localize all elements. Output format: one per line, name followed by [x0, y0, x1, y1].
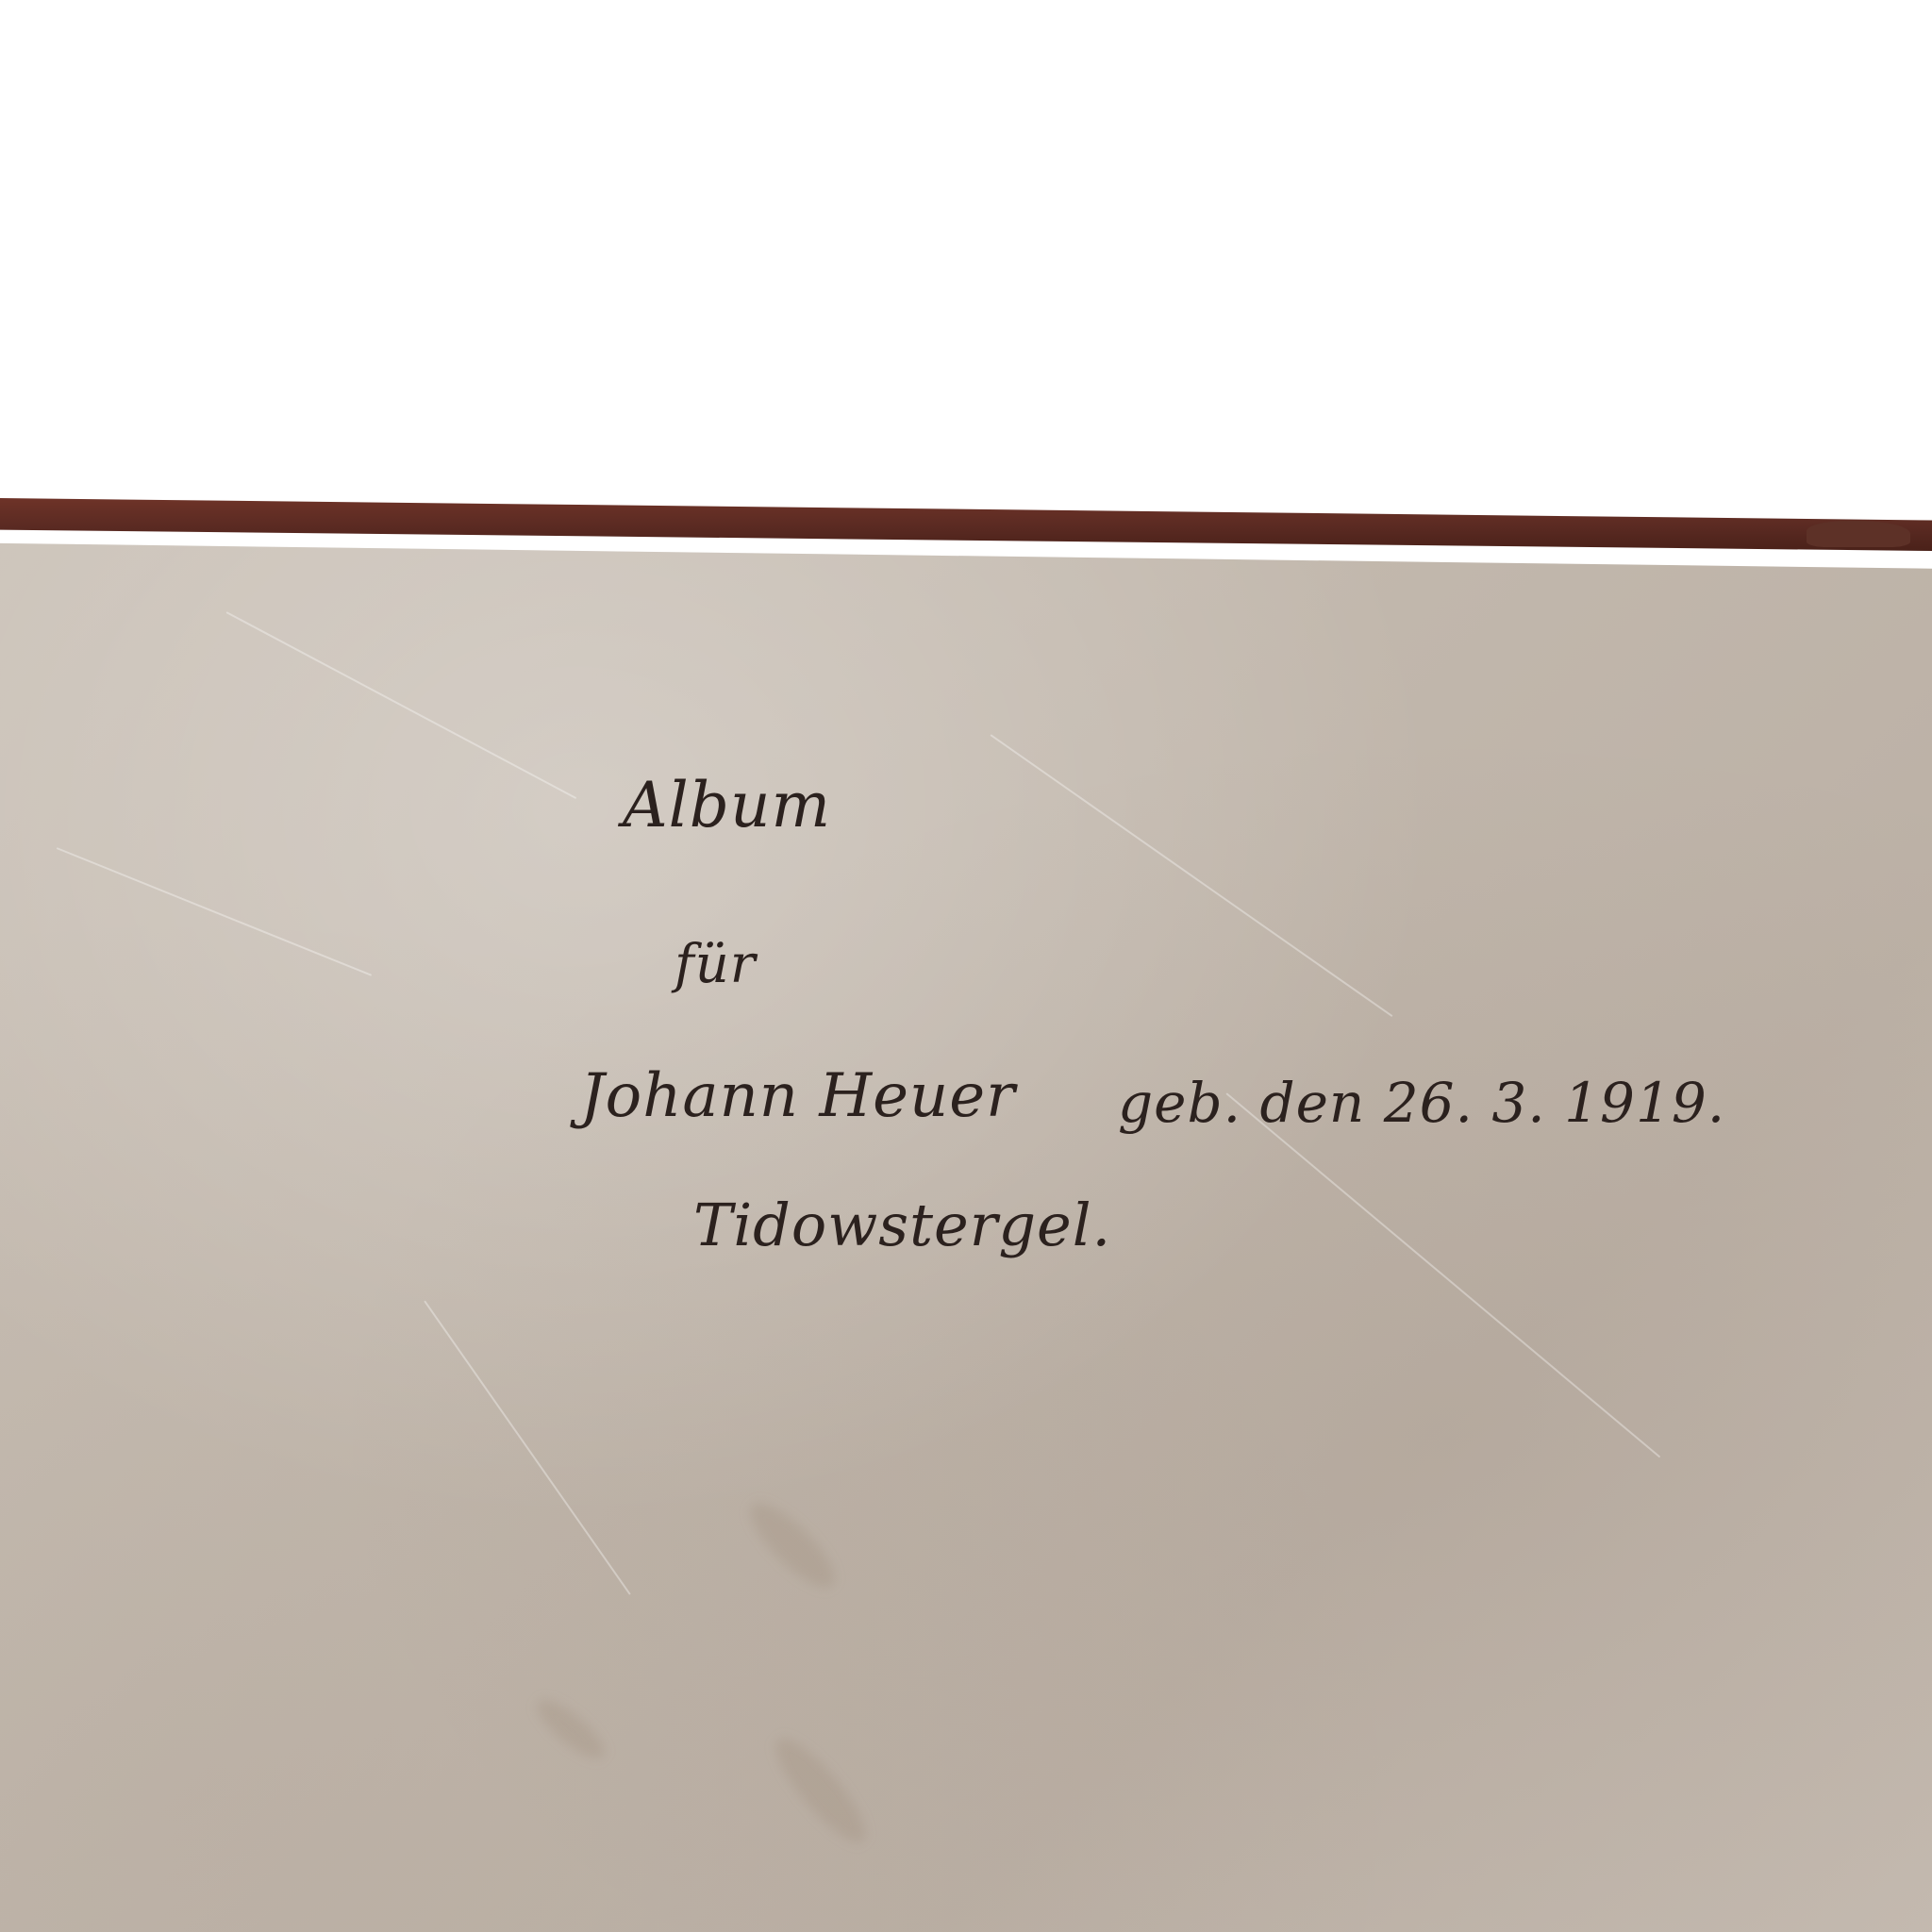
inscription-title: Album	[623, 769, 831, 841]
paper-stain	[764, 1728, 878, 1854]
paper-crease	[226, 611, 577, 799]
paper-crease	[990, 734, 1392, 1017]
album-cover-edge	[0, 498, 1932, 551]
album-cover-corner	[1807, 521, 1910, 547]
inscription-for: für	[675, 934, 757, 995]
inscription-name: Johann Heuer	[580, 1061, 1016, 1131]
photo-scene: Album für Johann Heuer geb. den 26. 3. 1…	[0, 0, 1932, 1932]
paper-crease	[57, 847, 373, 976]
inscription-birth-date: geb. den 26. 3. 1919.	[1118, 1071, 1725, 1135]
paper-crease	[424, 1300, 631, 1594]
paper-stain	[739, 1491, 845, 1598]
paper-stain	[529, 1691, 612, 1768]
inscription-place: Tidowstergel.	[693, 1191, 1111, 1259]
paper-crease	[1225, 1092, 1660, 1457]
